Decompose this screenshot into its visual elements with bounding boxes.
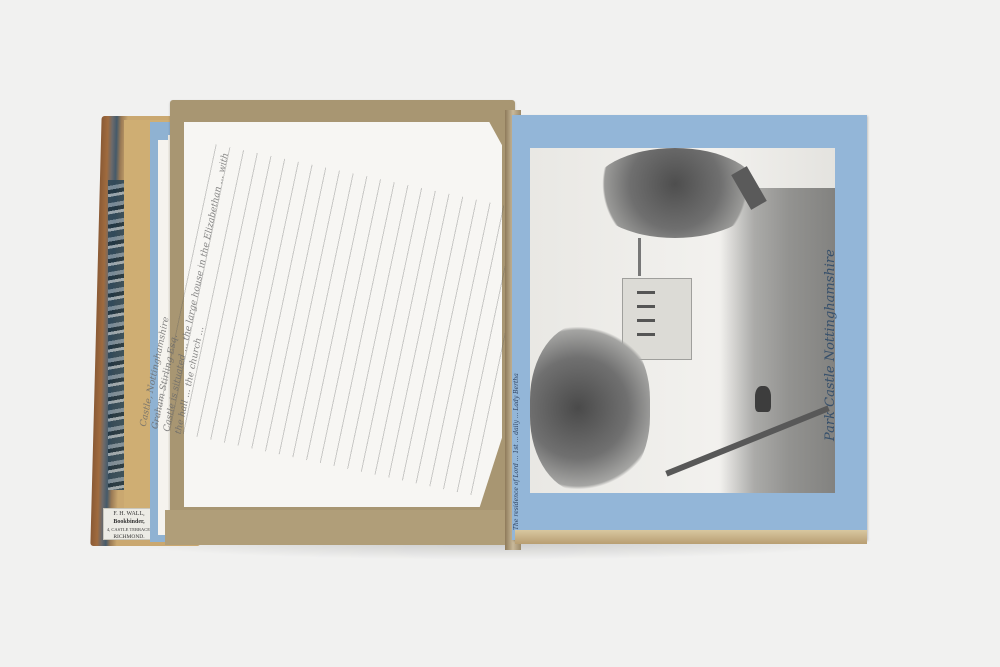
binder-label-line2: Bookbinder, <box>104 519 154 527</box>
binder-label-line3: 4, CASTLE TERRACE, <box>104 526 154 534</box>
seated-figure <box>755 386 771 412</box>
binder-label-line4: RICHMOND. <box>104 534 154 542</box>
pencil-drawing <box>530 148 835 493</box>
large-tree <box>590 148 760 238</box>
margin-note: The residence of Lord ... 1st ... daily … <box>513 330 539 530</box>
drawing-caption: Park Castle Nottinghamshire <box>823 210 863 480</box>
marbled-board <box>108 180 124 490</box>
binder-label-line1: F. H. WALL, <box>104 511 154 519</box>
right-page-block-edge <box>515 530 867 544</box>
foreground-tree <box>530 323 650 493</box>
church-spire <box>638 238 641 276</box>
binder-label: F. H. WALL, Bookbinder, 4, CASTLE TERRAC… <box>103 508 155 540</box>
mount-lower-fold <box>165 510 515 545</box>
